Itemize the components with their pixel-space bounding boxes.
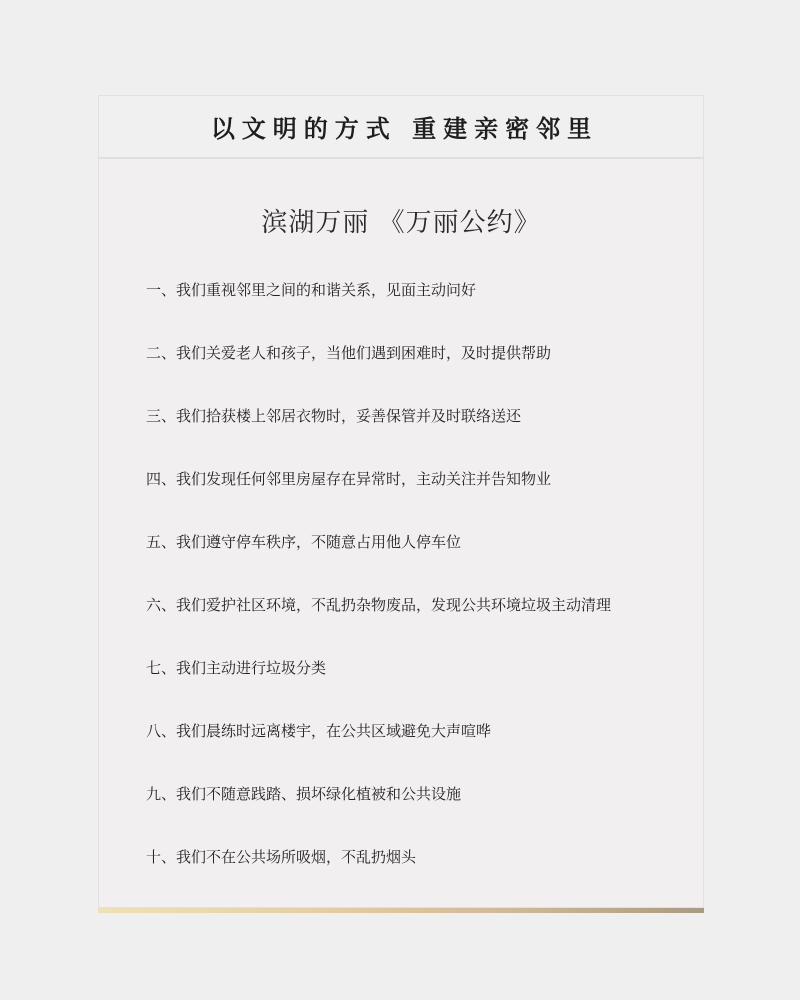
rule-item: 七、我们主动进行垃圾分类 (146, 654, 611, 717)
rule-item: 十、我们不在公共场所吸烟，不乱扔烟头 (146, 843, 611, 906)
rules-list: 一、我们重视邻里之间的和谐关系，见面主动问好 二、我们关爱老人和孩子，当他们遇到… (146, 276, 611, 906)
rule-item: 八、我们晨练时远离楼宇，在公共区域避免大声喧哗 (146, 717, 611, 780)
rule-item: 二、我们关爱老人和孩子，当他们遇到困难时，及时提供帮助 (146, 339, 611, 402)
rule-item: 六、我们爱护社区环境，不乱扔杂物废品，发现公共环境垃圾主动清理 (146, 591, 611, 654)
rule-item: 九、我们不随意践踏、损坏绿化植被和公共设施 (146, 780, 611, 843)
rule-item: 三、我们拾获楼上邻居衣物时，妥善保管并及时联络送还 (146, 402, 611, 465)
rule-item: 一、我们重视邻里之间的和谐关系，见面主动问好 (146, 276, 611, 339)
rule-item: 五、我们遵守停车秩序，不随意占用他人停车位 (146, 528, 611, 591)
card-header: 以文明的方式 重建亲密邻里 (99, 96, 703, 159)
header-title: 以文明的方式 重建亲密邻里 (204, 109, 598, 144)
rule-item: 四、我们发现任何邻里房屋存在异常时，主动关注并告知物业 (146, 465, 611, 528)
document-title: 滨湖万丽 《万丽公约》 (99, 202, 703, 239)
covenant-card: 以文明的方式 重建亲密邻里 滨湖万丽 《万丽公约》 一、我们重视邻里之间的和谐关… (98, 95, 704, 908)
gold-divider-bar (98, 908, 704, 913)
